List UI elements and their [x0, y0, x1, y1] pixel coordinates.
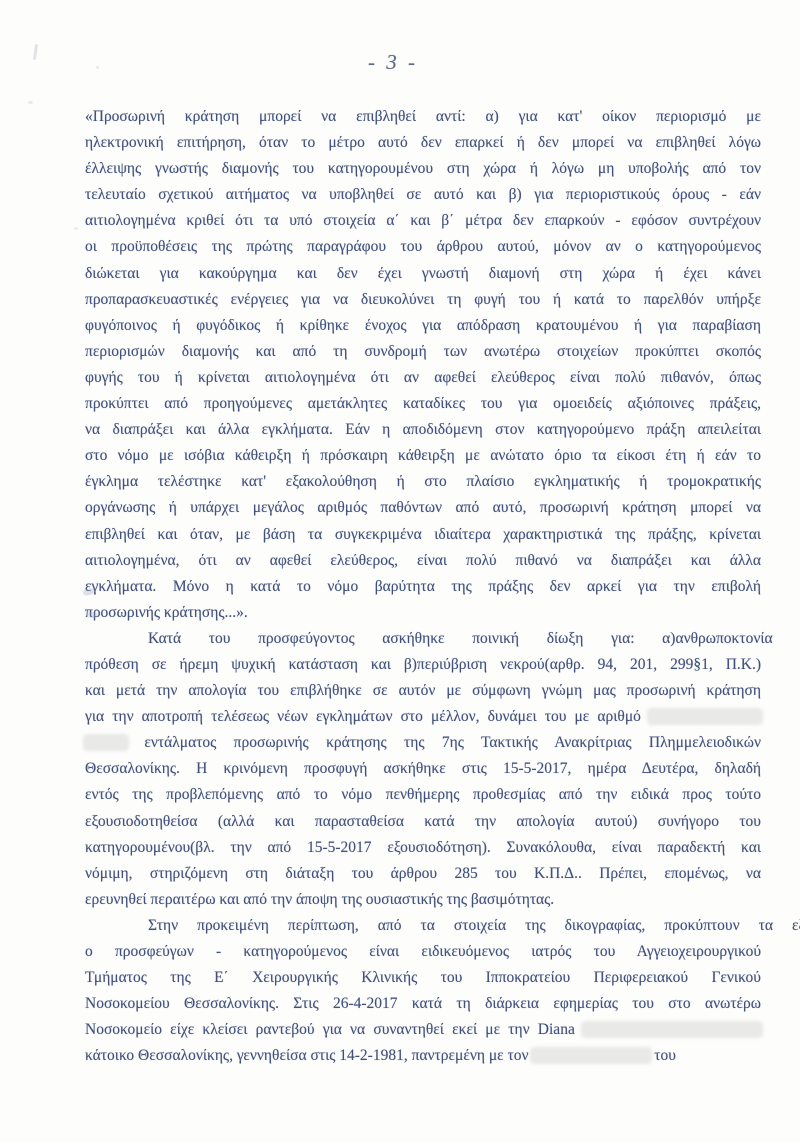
redacted-text [532, 1049, 650, 1062]
text-line: έγκλημα τελέστηκε κατ' εξακολούθηση ή στ… [85, 469, 761, 495]
text-line: Τμήματος της Ε΄ Χειρουργικής Κλινικής το… [85, 965, 761, 991]
text-run: να διαπράξει και άλλα εγκλήματα. Εάν η α… [85, 421, 761, 438]
text-line: οι προϋποθέσεις της πρώτης παραγράφου το… [85, 234, 761, 260]
text-run: έλλειψης γνωστής διαμονής του κατηγορουμ… [85, 160, 761, 177]
text-line: για την αποτροπή τελέσεως νέων εγκλημάτω… [85, 704, 761, 730]
text-run: περιορισμών διαμονής και από τη συνδρομή… [85, 343, 761, 360]
text-line: Νοσοκομείο είχε κλείσει ραντεβού για να … [85, 1017, 761, 1043]
text-run: εγκλήματα. Μόνο η κατά το νόμο βαρύτητα … [85, 578, 761, 595]
text-line: εντός της προβλεπόμενης από το νόμο πενθ… [85, 782, 761, 808]
text-run: Νοσοκομείο είχε κλείσει ραντεβού για να … [85, 1021, 575, 1038]
text-run: νόμιμη, στηριζόμενη στη διάταξη του άρθρ… [85, 865, 761, 882]
text-line: περιορισμών διαμονής και από τη συνδρομή… [85, 339, 761, 365]
text-line: εντάλματος προσωρινής κράτησης της 7ης Τ… [85, 730, 761, 756]
text-run: τελευταίο σχετικού αιτήματος να υποβληθε… [85, 186, 761, 203]
text-line: ερευνηθεί περαιτέρω και από την άποψη τη… [85, 887, 761, 913]
text-line: προκύπτει από προηγούμενες αμετάκλητες κ… [85, 391, 761, 417]
text-line: τελευταίο σχετικού αιτήματος να υποβληθε… [85, 182, 761, 208]
text-run: και μετά την απολογία του επιβλήθηκε σε … [85, 682, 761, 699]
document-page: - 3 - «Προσωρινή κράτηση μπορεί να επιβλ… [0, 0, 800, 1142]
text-run: Τμήματος της Ε΄ Χειρουργικής Κλινικής το… [85, 969, 761, 986]
text-run: Θεσσαλονίκης. Η κρινόμενη προσφυγή ασκήθ… [85, 760, 761, 777]
text-line: διώκεται για κακούργημα και δεν έχει γνω… [85, 261, 761, 287]
text-run: προσωρινής κράτησης...». [85, 604, 248, 621]
text-line: νόμιμη, στηριζόμενη στη διάταξη του άρθρ… [85, 861, 761, 887]
text-line: ηλεκτρονική επιτήρηση, όταν το μέτρο αυτ… [85, 130, 761, 156]
text-line: κατηγορουμένου(βλ. την από 15-5-2017 εξο… [85, 835, 761, 861]
text-run: Κατά του προσφεύγοντος ασκήθηκε ποινική … [148, 630, 800, 647]
text-run: ηλεκτρονική επιτήρηση, όταν το μέτρο αυτ… [85, 134, 761, 151]
text-line: αιτιολογημένα κριθεί ότι τα υπό στοιχεία… [85, 208, 761, 234]
text-run: κατηγορουμένου(βλ. την από 15-5-2017 εξο… [85, 839, 761, 856]
text-line: Κατά του προσφεύγοντος ασκήθηκε ποινική … [85, 626, 761, 652]
text-run: για την αποτροπή τελέσεως νέων εγκλημάτω… [85, 708, 641, 725]
text-run: οι προϋποθέσεις της πρώτης παραγράφου το… [85, 238, 761, 255]
text-line: Νοσοκομείου Θεσσαλονίκης. Στις 26-4-2017… [85, 991, 761, 1017]
text-run: Στην προκειμένη περίπτωση, από τα στοιχε… [148, 917, 800, 934]
text-line: προπαρασκευαστικές ενέργειες για να διευ… [85, 287, 761, 313]
text-run: του [654, 1047, 676, 1064]
text-run: προπαρασκευαστικές ενέργειες για να διευ… [85, 291, 761, 308]
text-line: εξουσιοδοτηθείσα (αλλά και παρασταθείσα … [85, 809, 761, 835]
text-line: αιτιολογημένα, ότι αν αφεθεί ελεύθερος, … [85, 548, 761, 574]
text-run: Νοσοκομείου Θεσσαλονίκης. Στις 26-4-2017… [85, 995, 761, 1012]
scan-artifact [86, 611, 99, 618]
text-line: εγκλήματα. Μόνο η κατά το νόμο βαρύτητα … [85, 574, 761, 600]
text-run: ο προσφεύγων - κατηγορούμενος είναι ειδι… [85, 943, 761, 960]
text-run: «Προσωρινή κράτηση μπορεί να επιβληθεί α… [85, 108, 761, 125]
text-run: αιτιολογημένα, ότι αν αφεθεί ελεύθερος, … [85, 552, 761, 569]
text-line: προσωρινής κράτησης...». [85, 600, 761, 626]
document-body: «Προσωρινή κράτηση μπορεί να επιβληθεί α… [85, 104, 761, 1069]
redacted-text [649, 710, 761, 723]
text-line: και μετά την απολογία του επιβλήθηκε σε … [85, 678, 761, 704]
page-number: - 3 - [0, 50, 786, 75]
text-line: πρόθεση σε ήρεμη ψυχική κατάσταση και β)… [85, 652, 761, 678]
text-line: Θεσσαλονίκης. Η κρινόμενη προσφυγή ασκήθ… [85, 756, 761, 782]
text-run: εξουσιοδοτηθείσα (αλλά και παρασταθείσα … [85, 813, 761, 830]
text-line: κάτοικο Θεσσαλονίκης, γεννηθείσα στις 14… [85, 1043, 761, 1069]
text-run: έγκλημα τελέστηκε κατ' εξακολούθηση ή στ… [85, 473, 761, 490]
text-run: ερευνηθεί περαιτέρω και από την άποψη τη… [85, 891, 554, 908]
redacted-text [85, 736, 127, 749]
redacted-text [583, 1023, 761, 1036]
text-run: αιτιολογημένα κριθεί ότι τα υπό στοιχεία… [85, 212, 761, 229]
text-run: πρόθεση σε ήρεμη ψυχική κατάσταση και β)… [85, 656, 761, 673]
text-run: φυγόποινος ή φυγόδικος ή κρίθηκε ένοχος … [85, 317, 761, 334]
scan-artifact [28, 101, 33, 104]
text-line: να διαπράξει και άλλα εγκλήματα. Εάν η α… [85, 417, 761, 443]
text-run: φυγής του ή κρίνεται αιτιολογημένα ότι α… [85, 369, 761, 386]
text-run: εντός της προβλεπόμενης από το νόμο πενθ… [85, 786, 761, 803]
text-line: φυγής του ή κρίνεται αιτιολογημένα ότι α… [85, 365, 761, 391]
text-line: επιβληθεί και όταν, με βάση τα συγκεκριμ… [85, 522, 761, 548]
scan-artifact [96, 66, 99, 69]
text-run: κάτοικο Θεσσαλονίκης, γεννηθείσα στις 14… [85, 1047, 529, 1064]
text-line: «Προσωρινή κράτηση μπορεί να επιβληθεί α… [85, 104, 761, 130]
text-run: προκύπτει από προηγούμενες αμετάκλητες κ… [85, 395, 761, 412]
text-run: διώκεται για κακούργημα και δεν έχει γνω… [85, 265, 761, 282]
text-run: επιβληθεί και όταν, με βάση τα συγκεκριμ… [85, 526, 761, 543]
text-line: έλλειψης γνωστής διαμονής του κατηγορουμ… [85, 156, 761, 182]
text-line: οργάνωσης ή υπάρχει μεγάλος αριθμός παθό… [85, 495, 761, 521]
text-line: ο προσφεύγων - κατηγορούμενος είναι ειδι… [85, 939, 761, 965]
text-run: οργάνωσης ή υπάρχει μεγάλος αριθμός παθό… [85, 499, 761, 516]
text-run: εντάλματος προσωρινής κράτησης της 7ης Τ… [144, 734, 761, 751]
text-line: στο νόμο με ισόβια κάθειρξη ή πρόσκαιρη … [85, 443, 761, 469]
text-run: στο νόμο με ισόβια κάθειρξη ή πρόσκαιρη … [85, 447, 761, 464]
scan-artifact [74, 227, 78, 230]
text-line: φυγόποινος ή φυγόδικος ή κρίθηκε ένοχος … [85, 313, 761, 339]
text-line: Στην προκειμένη περίπτωση, από τα στοιχε… [85, 913, 761, 939]
